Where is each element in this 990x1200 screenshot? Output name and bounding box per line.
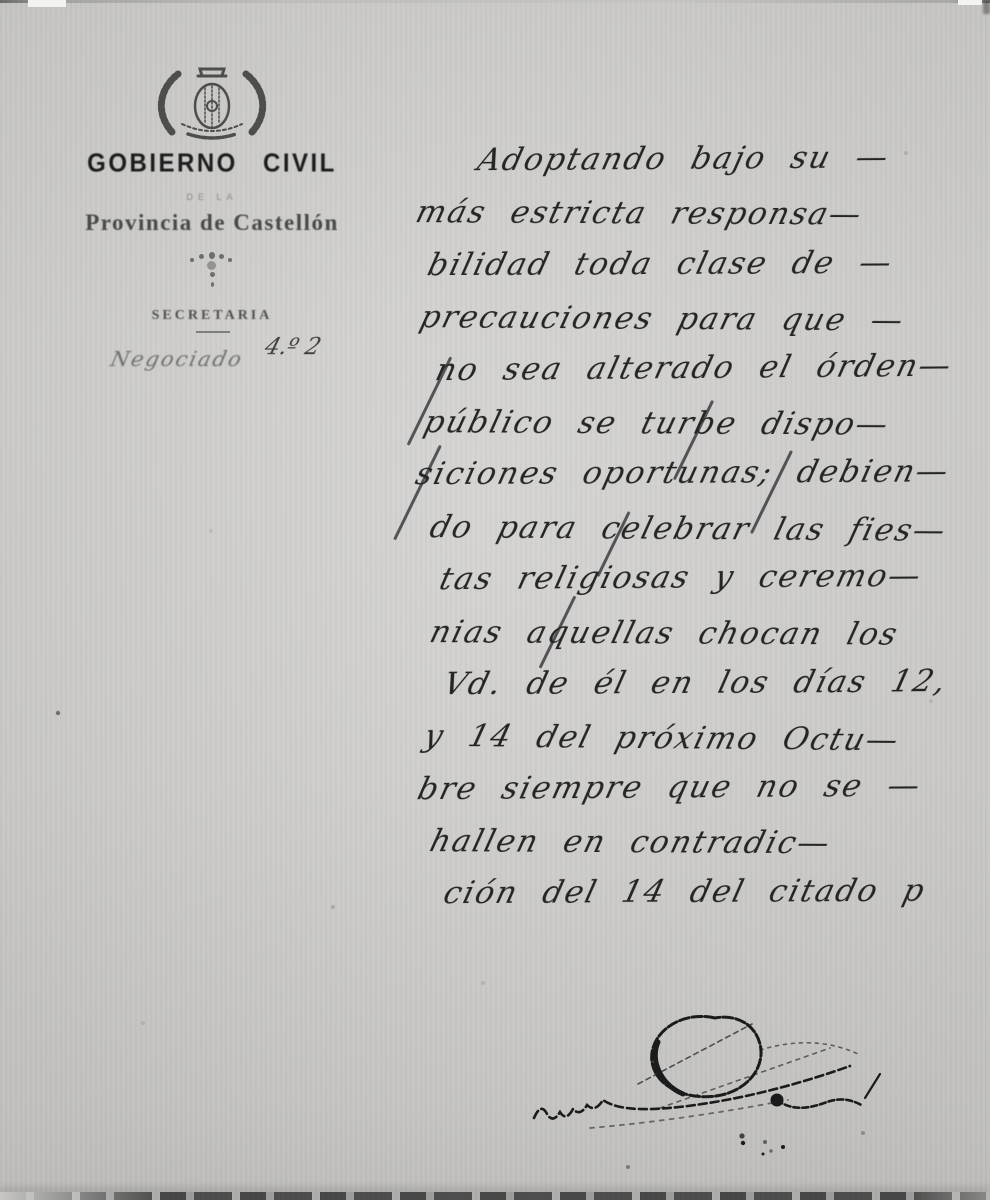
department-underline xyxy=(196,331,230,333)
handwritten-line: bilidad toda clase de — xyxy=(420,244,990,299)
handwritten-line: bre siempre que no se — xyxy=(410,767,990,823)
scan-top-edge xyxy=(0,0,990,3)
coat-of-arms-icon xyxy=(148,66,276,148)
handwritten-line: más estricta responsa— xyxy=(408,194,990,249)
fleuron-ornament-icon xyxy=(186,252,238,292)
government-title: GOBIERNO CIVIL xyxy=(0,149,424,179)
scanned-letter-page: GOBIERNO CIVIL DE LA Provincia de Castel… xyxy=(0,0,990,1200)
scan-bottom-edge xyxy=(0,1192,990,1200)
scan-corner-shadow xyxy=(983,0,990,14)
handwritten-line: Vd. de él en los días 12, xyxy=(436,663,990,718)
department-title: SECRETARIA xyxy=(0,308,424,324)
handwritten-line: público se turbe dispo— xyxy=(416,404,990,459)
letterhead-dela: DE LA xyxy=(0,192,424,202)
negociado-line: Negociado 4.º 2 xyxy=(84,346,344,372)
handwritten-line: hallen en contradic— xyxy=(422,823,990,878)
scan-top-notch xyxy=(28,0,66,7)
handwritten-line: tas religiosas y ceremo— xyxy=(432,557,990,613)
handwritten-line: no sea alterado el órden— xyxy=(428,347,990,404)
handwritten-line: Adoptando bajo su — xyxy=(470,138,990,194)
handwritten-line: siciones oportunas; debien— xyxy=(408,453,990,508)
handwritten-line: nias aquellas chocan los xyxy=(422,614,990,669)
scan-specks xyxy=(0,0,2,2)
province-title: Provincia de Castellón xyxy=(0,210,424,236)
handwritten-line: ción del 14 del citado p xyxy=(436,873,990,928)
handwritten-line: do para celebrar las fies— xyxy=(422,509,990,565)
signature-flourish-icon xyxy=(520,1000,920,1160)
negociado-label: Negociado xyxy=(109,347,246,371)
handwritten-body: Adoptando bajo su — más estricta respons… xyxy=(408,142,986,928)
negociado-number: 4.º 2 xyxy=(262,334,324,360)
scan-top-notch-right xyxy=(958,0,982,5)
